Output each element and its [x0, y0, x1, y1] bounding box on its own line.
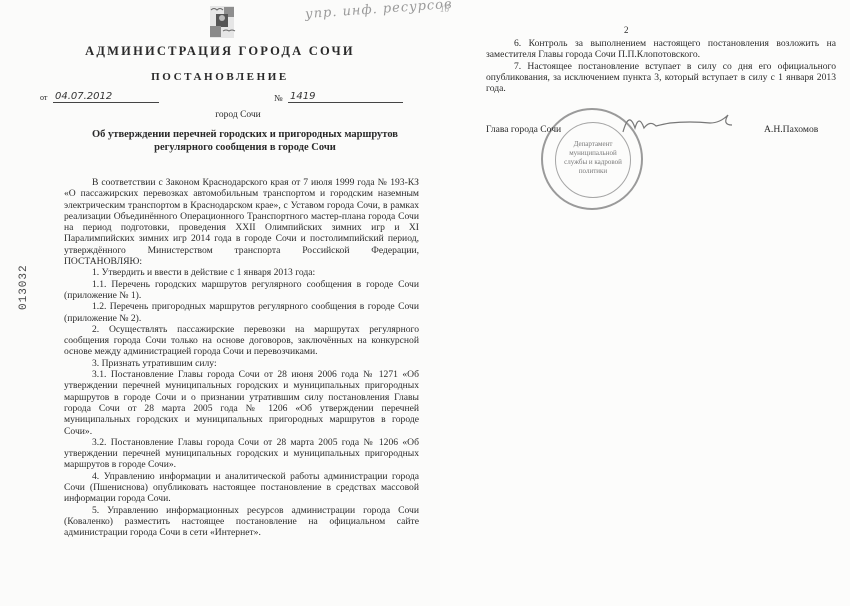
document-number: 1419: [288, 91, 403, 103]
document-subject: Об утверждении перечней городских и приг…: [70, 128, 420, 154]
page-1-body: В соответствии с Законом Краснодарского …: [64, 177, 419, 539]
sochi-coat-of-arms-icon: [207, 4, 237, 40]
page-number: 2: [624, 25, 629, 35]
paragraph-5: 5. Управлению информационных ресурсов ад…: [64, 505, 419, 539]
paragraph-2: 2. Осуществлять пассажирские перевозки н…: [64, 324, 419, 358]
paragraph-3-1: 3.1. Постановление Главы города Сочи от …: [64, 369, 419, 437]
page-2-body: 6. Контроль за выполнением настоящего по…: [486, 38, 836, 94]
signer-title: Глава города Сочи: [486, 124, 561, 135]
date-label: от: [40, 93, 47, 102]
number-label: №: [274, 93, 283, 103]
paragraph-1: 1. Утвердить и ввести в действие с 1 янв…: [64, 267, 419, 278]
signature-icon: [618, 110, 748, 140]
paragraph-7: 7. Настоящее постановление вступает в си…: [486, 61, 836, 95]
organization-title: АДМИНИСТРАЦИЯ ГОРОДА СОЧИ: [0, 44, 440, 59]
paragraph-6: 6. Контроль за выполнением настоящего по…: [486, 38, 836, 61]
stamp-text: Департамент муниципальной службы и кадро…: [557, 140, 629, 176]
paragraph-1-2: 1.2. Перечень пригородных маршрутов регу…: [64, 301, 419, 324]
paragraph-4: 4. Управлению информации и аналитической…: [64, 471, 419, 505]
paragraph-1-1: 1.1. Перечень городских маршрутов регуля…: [64, 279, 419, 302]
side-serial-number: 013032: [18, 264, 30, 310]
paragraph-3-2: 3.2. Постановление Главы города Сочи от …: [64, 437, 419, 471]
paragraph-3: 3. Признать утратившим силу:: [64, 358, 419, 369]
document-type: ПОСТАНОВЛЕНИЕ: [0, 71, 440, 83]
paragraph-preamble: В соответствии с Законом Краснодарского …: [64, 177, 419, 267]
document-date: 04.07.2012: [53, 91, 159, 103]
city-label: город Сочи: [0, 110, 440, 120]
signer-name: А.Н.Пахомов: [764, 124, 818, 135]
handwritten-mark: 16: [440, 4, 449, 14]
